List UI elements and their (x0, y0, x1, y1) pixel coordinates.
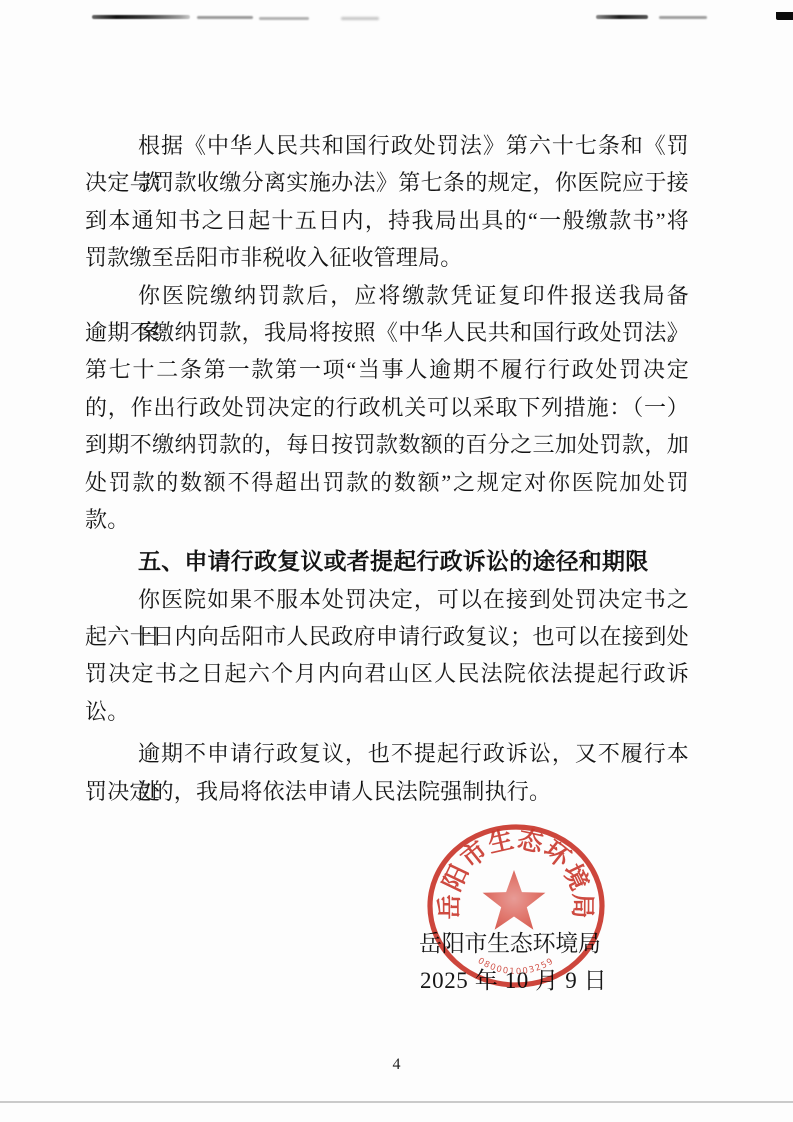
page-number: 4 (0, 1056, 793, 1074)
body-line: 款。 (85, 501, 689, 538)
scan-smudge-artifact (659, 16, 707, 19)
body-line: 第七十二条第一款第一项“当事人逾期不履行行政处罚决定 (85, 351, 689, 388)
body-line: 处罚款的数额不得超出罚款的数额”之规定对你医院加处罚 (85, 464, 689, 501)
body-line: 你医院缴纳罚款后，应将缴款凭证复印件报送我局备案。 (85, 277, 689, 314)
scan-smudge-artifact (341, 17, 379, 20)
scan-smudge-artifact (197, 16, 253, 19)
body-line: 决定与罚款收缴分离实施办法》第七条的规定，你医院应于接 (85, 164, 689, 201)
body-line: 根据《中华人民共和国行政处罚法》第六十七条和《罚款 (85, 127, 689, 164)
scan-page-edge-line (0, 1101, 793, 1103)
scan-corner-mark (776, 12, 793, 20)
body-line: 到期不缴纳罚款的，每日按罚款数额的百分之三加处罚款，加 (85, 426, 689, 463)
scan-smudge-artifact (259, 17, 309, 20)
body-line: 罚款缴至岳阳市非税收入征收管理局。 (85, 239, 689, 276)
body-line: 讼。 (85, 693, 689, 730)
document-body: 根据《中华人民共和国行政处罚法》第六十七条和《罚款 决定与罚款收缴分离实施办法》… (85, 127, 689, 810)
body-line: 罚决定书之日起六个月内向君山区人民法院依法提起行政诉 (85, 655, 689, 692)
scanned-document-page: { "colors": { "ink": "#141414", "seal_re… (0, 0, 793, 1122)
scan-smudge-artifact (596, 15, 648, 19)
body-line: 你医院如果不服本处罚决定，可以在接到处罚决定书之日 (85, 581, 689, 618)
body-line: 逾期不缴纳罚款，我局将按照《中华人民共和国行政处罚法》 (85, 314, 689, 351)
body-line: 起六十日内向岳阳市人民政府申请行政复议；也可以在接到处 (85, 618, 689, 655)
body-line: 到本通知书之日起十五日内，持我局出具的“一般缴款书”将 (85, 202, 689, 239)
issue-date: 2025 年 10 月 9 日 (420, 962, 620, 995)
scan-smudge-artifact (92, 15, 190, 19)
body-line: 罚决定的，我局将依法申请人民法院强制执行。 (85, 773, 689, 810)
body-line: 的，作出行政处罚决定的行政机关可以采取下列措施：（一） (85, 389, 689, 426)
body-line: 逾期不申请行政复议，也不提起行政诉讼，又不履行本处 (85, 735, 689, 772)
issuing-agency-name: 岳阳市生态环境局 (419, 925, 619, 958)
seal-star-icon (483, 870, 546, 930)
section-heading: 五、申请行政复议或者提起行政诉讼的途径和期限 (85, 543, 689, 580)
